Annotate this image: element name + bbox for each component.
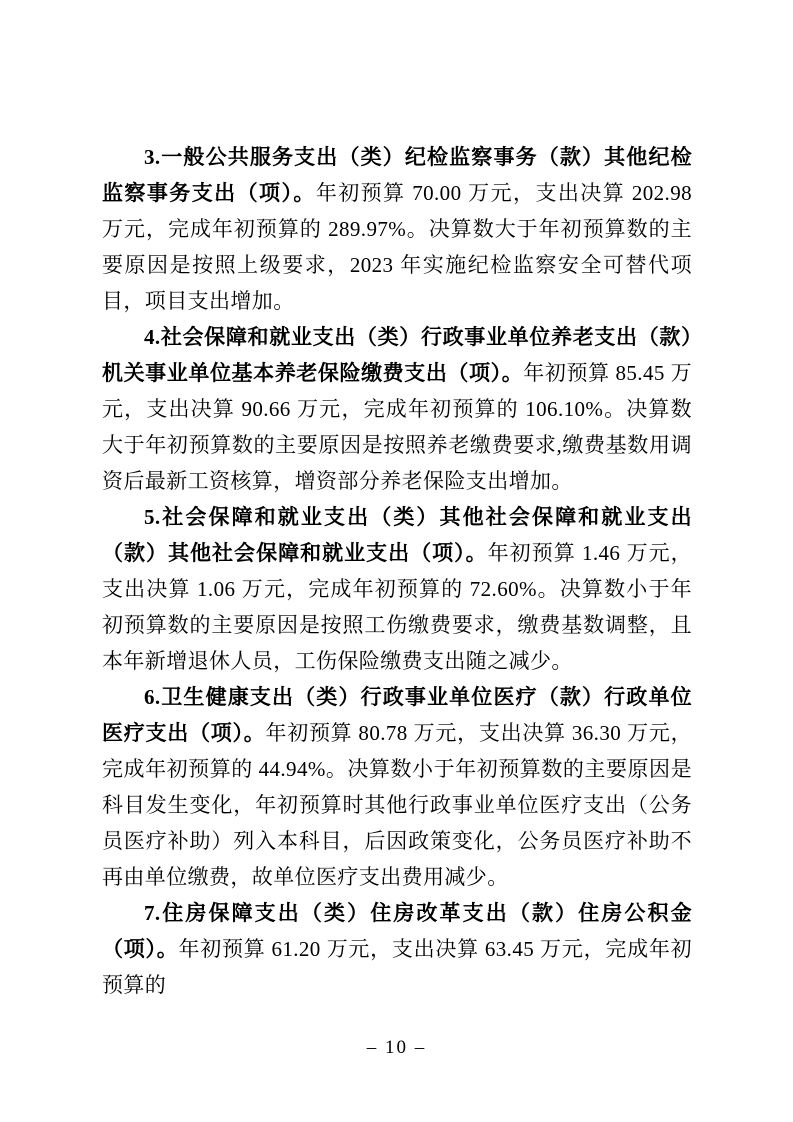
document-page: 3.一般公共服务支出（类）纪检监察事务（款）其他纪检监察事务支出（项）。年初预算… [0,0,793,1122]
paragraph-item-4: 4.社会保障和就业支出（类）行政事业单位养老支出（款）机关事业单位基本养老保险缴… [102,319,692,499]
document-body: 3.一般公共服务支出（类）纪检监察事务（款）其他纪检监察事务支出（项）。年初预算… [102,139,692,1003]
paragraph-item-6-text: 年初预算 80.78 万元，支出决算 36.30 万元，完成年初预算的 44.9… [102,721,692,889]
page-number: – 10 – [0,1034,793,1062]
paragraph-item-7: 7.住房保障支出（类）住房改革支出（款）住房公积金（项）。年初预算 61.20 … [102,895,692,1003]
paragraph-item-7-text: 年初预算 61.20 万元，支出决算 63.45 万元，完成年初预算的 [102,937,692,997]
paragraph-item-6: 6.卫生健康支出（类）行政事业单位医疗（款）行政单位医疗支出（项）。年初预算 8… [102,679,692,895]
paragraph-item-5: 5.社会保障和就业支出（类）其他社会保障和就业支出（款）其他社会保障和就业支出（… [102,499,692,679]
paragraph-item-3: 3.一般公共服务支出（类）纪检监察事务（款）其他纪检监察事务支出（项）。年初预算… [102,139,692,319]
